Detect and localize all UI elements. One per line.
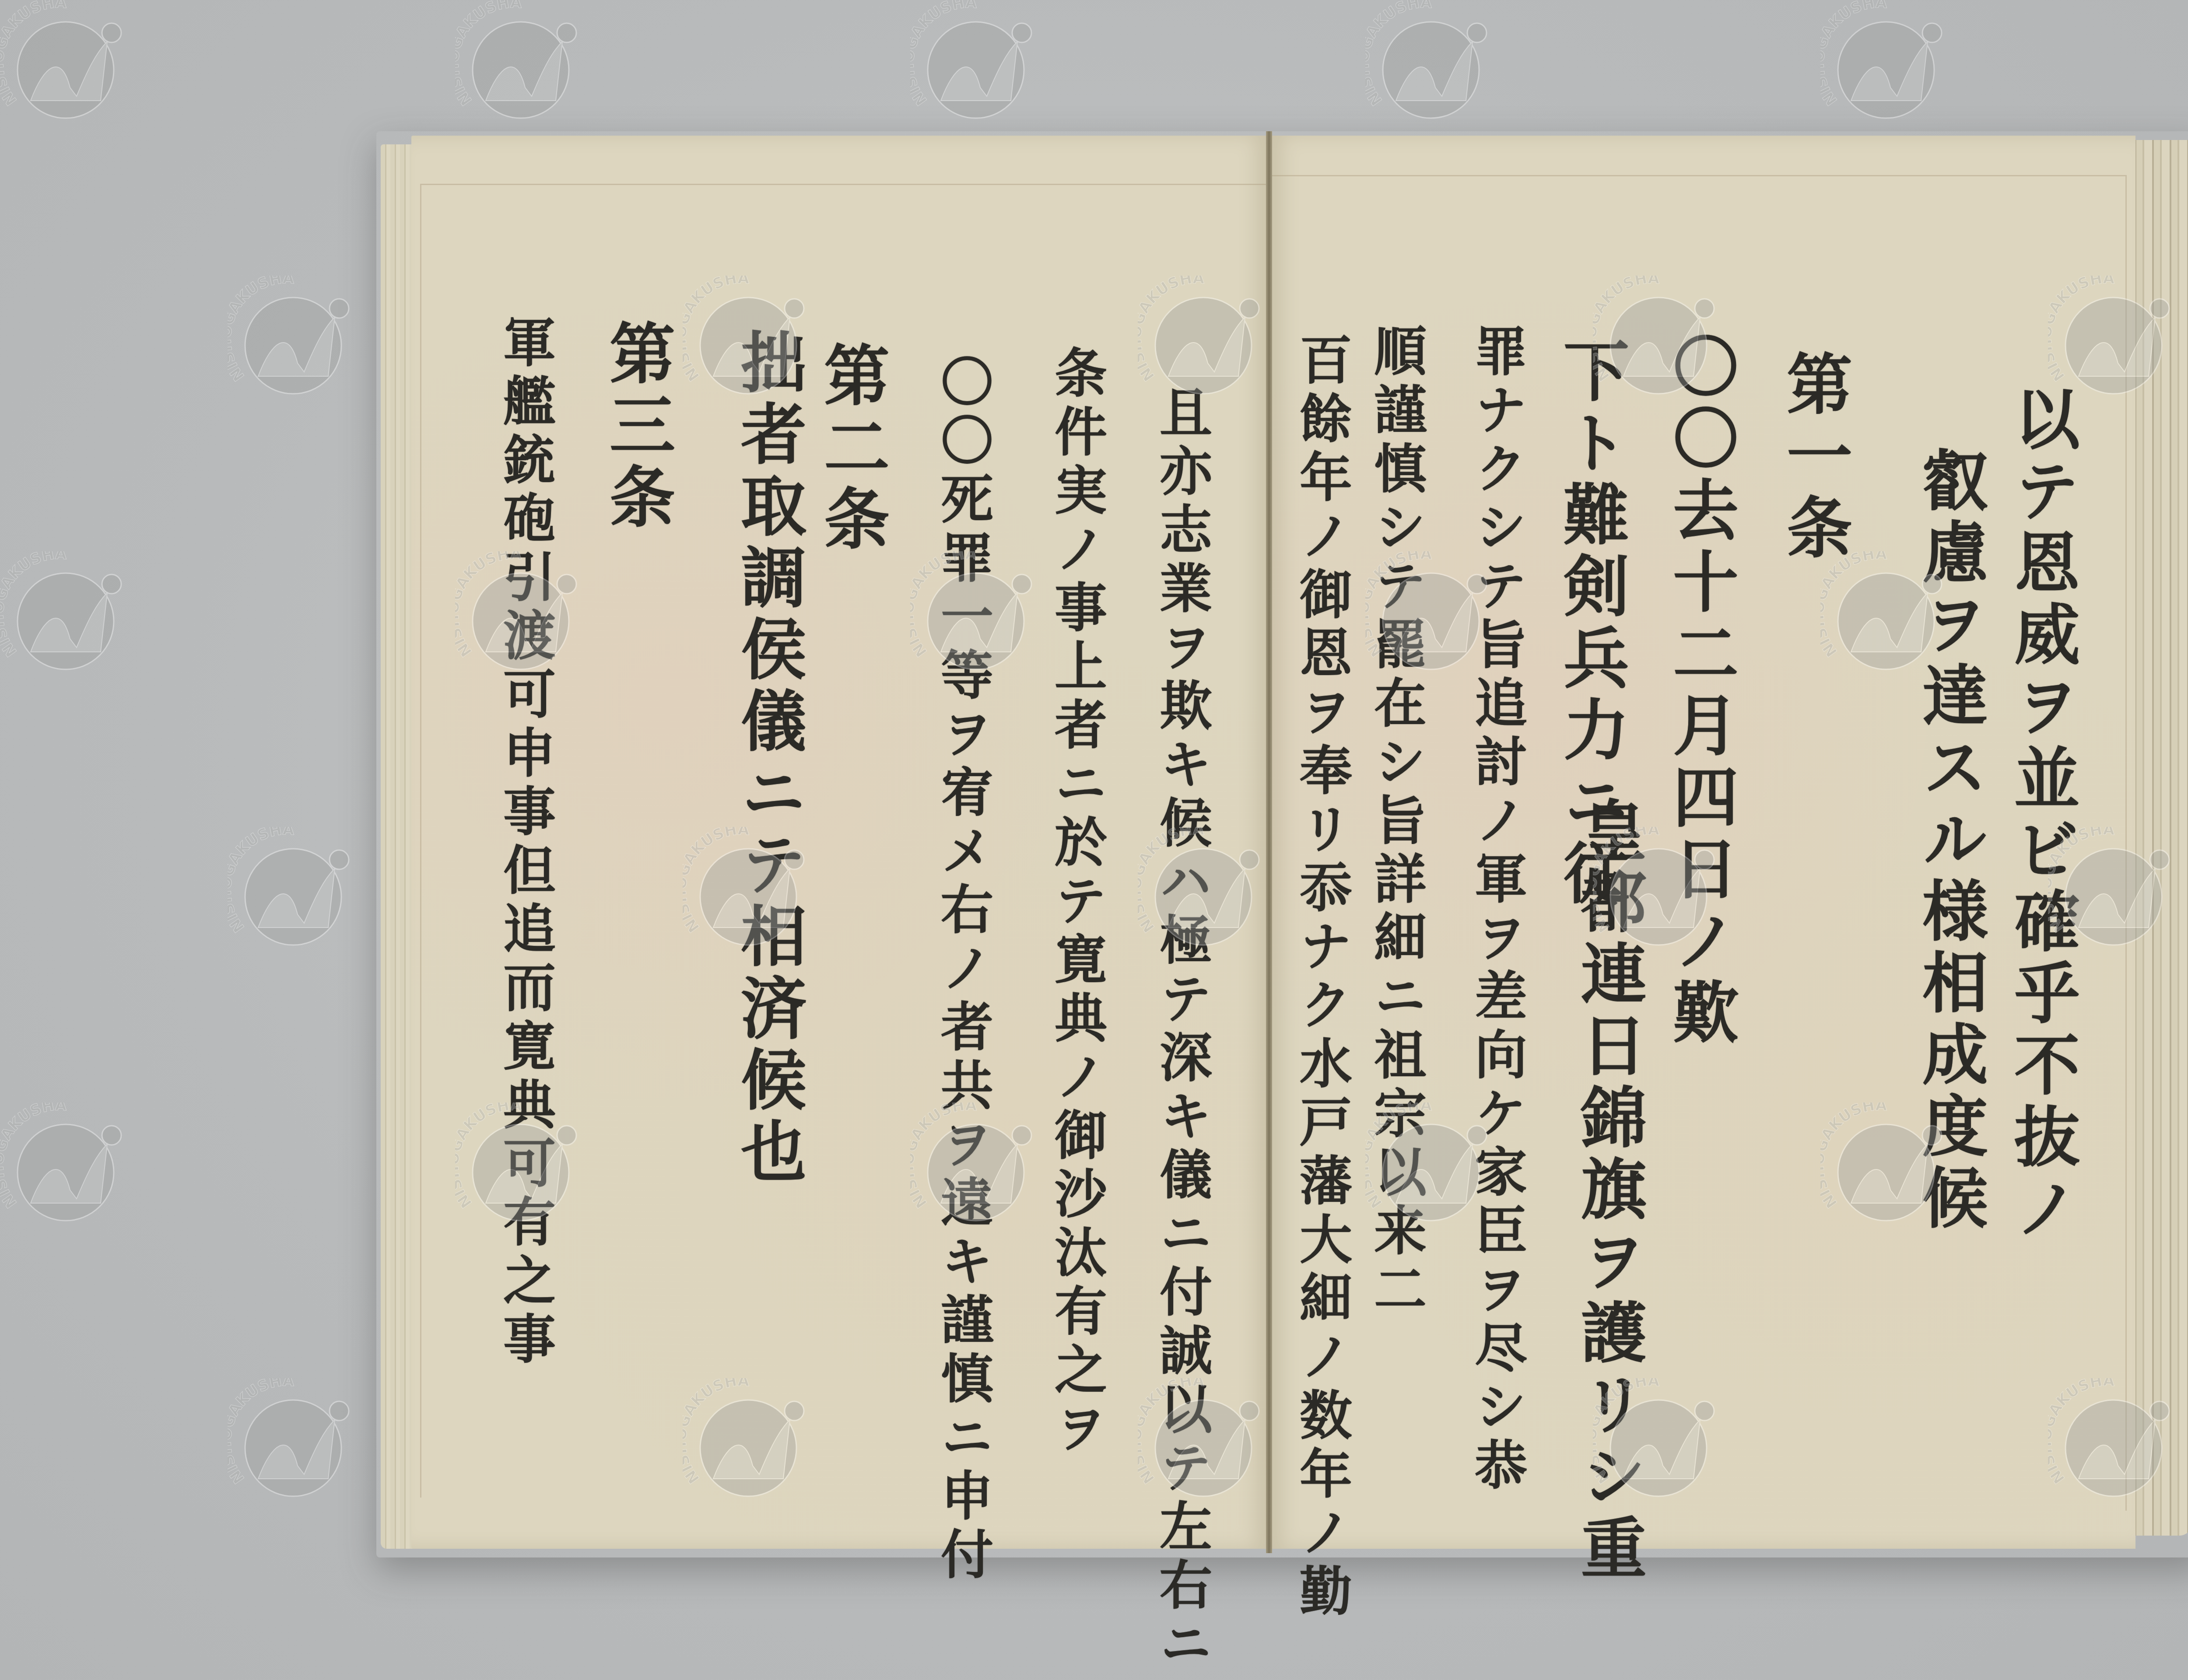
- svg-text:NISHOGAKUSHA: NISHOGAKUSHA: [0, 551, 67, 660]
- nishogakusha-logo-icon: NISHOGAKUSHA: [1365, 0, 1497, 131]
- article-two-heading: 第二条: [818, 341, 884, 556]
- left-col-2: 条件実ノ事上者ニ於テ寛典ノ御沙汰有之ヲ: [1050, 346, 1103, 1459]
- nishogakusha-logo-icon: NISHOGAKUSHA: [228, 827, 359, 958]
- left-col-1: 且亦志業ヲ欺キ候ハ極テ深キ儀ニ付誠以テ左右ニ: [1155, 385, 1208, 1675]
- nishogakusha-logo-icon: NISHOGAKUSHA: [455, 0, 586, 131]
- right-col-7: 順謹慎シテ罷在シ旨詳細ニ祖宗以来二: [1370, 324, 1422, 1320]
- right-col-8: 百餘年ノ御恩ヲ奉リ忝ナク水戸藩大細ノ数年ノ勤: [1295, 332, 1348, 1622]
- right-page-stack: [2127, 140, 2188, 1536]
- nishogakusha-logo-icon: NISHOGAKUSHA: [910, 0, 1041, 131]
- nishogakusha-logo-icon: NISHOGAKUSHA: [228, 1378, 359, 1509]
- svg-text:NISHOGAKUSHA: NISHOGAKUSHA: [228, 827, 295, 936]
- article-three-heading: 第三条: [604, 319, 670, 535]
- left-col-3: 〇〇死罪一等ヲ宥メ右ノ者共ヲ遠キ謹慎ニ申付: [936, 354, 989, 1585]
- right-col-1: 以テ恩威ヲ並ビ確乎不抜ノ: [2009, 385, 2074, 1246]
- svg-text:NISHOGAKUSHA: NISHOGAKUSHA: [228, 1378, 295, 1487]
- nishogakusha-logo-icon: NISHOGAKUSHA: [228, 276, 359, 407]
- article-one-heading: 第一条: [1781, 350, 1847, 565]
- svg-text:NISHOGAKUSHA: NISHOGAKUSHA: [0, 1102, 67, 1211]
- right-col-5b: 皇都連日錦旗ヲ護リシ重: [1575, 796, 1641, 1585]
- svg-text:NISHOGAKUSHA: NISHOGAKUSHA: [1365, 0, 1432, 109]
- left-col-7: 軍艦銃砲引渡可申事但追而寛典可有之事: [499, 315, 551, 1370]
- nishogakusha-logo-icon: NISHOGAKUSHA: [0, 1102, 131, 1234]
- left-col-5: 拙者取調侯儀ニテ相済候也: [735, 328, 801, 1189]
- nishogakusha-logo-icon: NISHOGAKUSHA: [0, 551, 131, 682]
- svg-text:NISHOGAKUSHA: NISHOGAKUSHA: [228, 276, 295, 385]
- right-col-6: 罪ナクシテ旨追討ノ軍ヲ差向ケ家臣ヲ尽シ恭: [1470, 324, 1523, 1496]
- svg-text:NISHOGAKUSHA: NISHOGAKUSHA: [1820, 0, 1887, 109]
- svg-text:NISHOGAKUSHA: NISHOGAKUSHA: [455, 0, 522, 109]
- right-col-4: 〇〇去十二月四日ノ歎: [1667, 332, 1733, 1050]
- nishogakusha-logo-icon: NISHOGAKUSHA: [1820, 0, 1952, 131]
- svg-text:NISHOGAKUSHA: NISHOGAKUSHA: [910, 0, 977, 109]
- svg-text:NISHOGAKUSHA: NISHOGAKUSHA: [0, 0, 67, 109]
- nishogakusha-logo-icon: NISHOGAKUSHA: [0, 0, 131, 131]
- right-col-2: 叡慮ヲ達スル様相成度候: [1917, 446, 1982, 1235]
- book-spine: [1266, 131, 1272, 1553]
